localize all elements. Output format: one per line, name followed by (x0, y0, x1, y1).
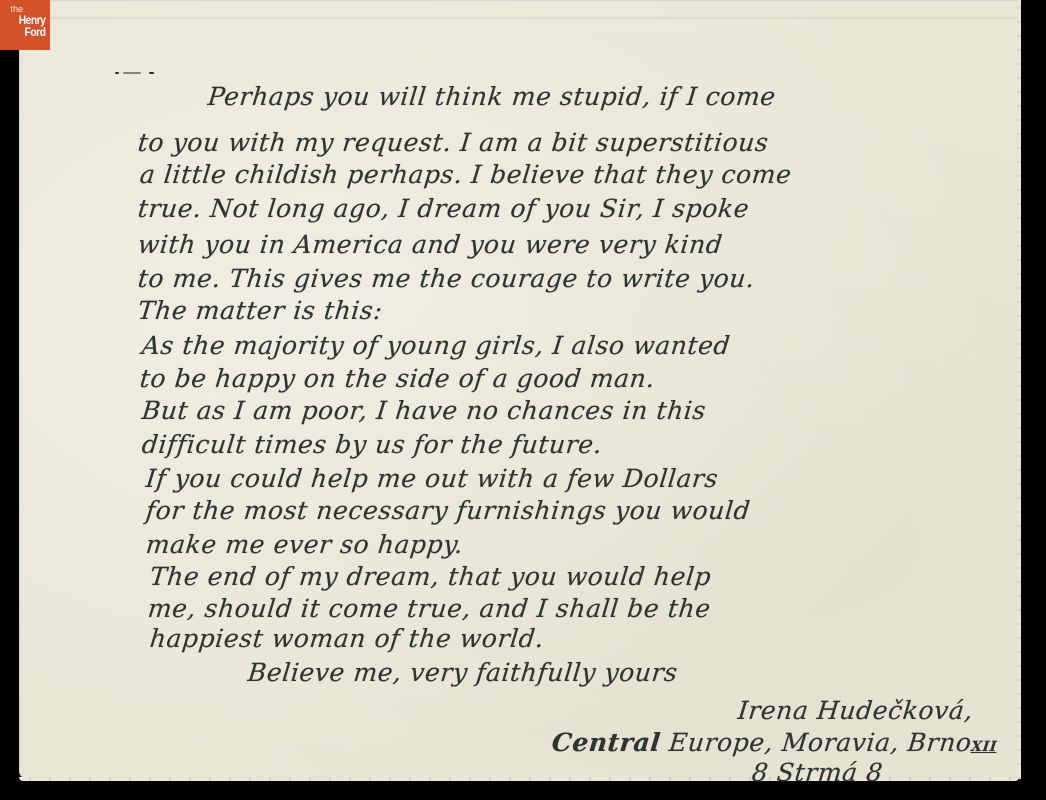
letter-closing: Believe me, very faithfully yours (247, 660, 679, 685)
sender-address: Central Europe, Moravia, BrnoXII (551, 730, 999, 755)
letter-line: If you could help me out with a few Doll… (145, 466, 720, 491)
address-lead: Central (550, 728, 662, 757)
letter-line: me, should it come true, and I shall be … (147, 596, 712, 621)
address-district: XII (970, 739, 997, 755)
logo-wordmark: the Henry Ford (14, 5, 46, 38)
letter-line: make me ever so happy. (145, 532, 465, 557)
letter-line: happiest woman of the world. (149, 626, 546, 651)
logo-corner-block (0, 50, 19, 80)
letter-line: to me. This gives me the courage to writ… (137, 266, 756, 291)
address-rest: Europe, Moravia, Brno (659, 728, 973, 757)
letter-line: difficult times by us for the future. (141, 432, 604, 457)
signature: Irena Hudečková, (737, 698, 975, 723)
letter-line: true. Not long ago, I dream of you Sir, … (137, 196, 751, 221)
letter-line: to you with my request. I am a bit super… (137, 130, 770, 155)
letter-line: Perhaps you will think me stupid, if I c… (207, 84, 777, 109)
letter-line: The matter is this: (137, 298, 384, 323)
letter-line: a little childish perhaps. I believe tha… (139, 162, 793, 187)
henry-ford-logo: the Henry Ford (0, 0, 50, 50)
letter-line: But as I am poor, I have no chances in t… (141, 398, 708, 423)
logo-ford: Ford (19, 26, 46, 38)
document-viewer: the Henry Ford Perhaps you will think me… (0, 0, 1046, 800)
address-street: 8 Strmá 8 (751, 760, 884, 785)
letter-line: As the majority of young girls, I also w… (141, 333, 732, 358)
letter-line: to be happy on the side of a good man. (139, 366, 657, 391)
letter-line: for the most necessary furnishings you w… (145, 498, 752, 523)
handwritten-letter: Perhaps you will think me stupid, if I c… (0, 0, 1046, 800)
letter-line: with you in America and you were very ki… (137, 232, 724, 257)
letter-line: The end of my dream, that you would help (149, 564, 713, 589)
